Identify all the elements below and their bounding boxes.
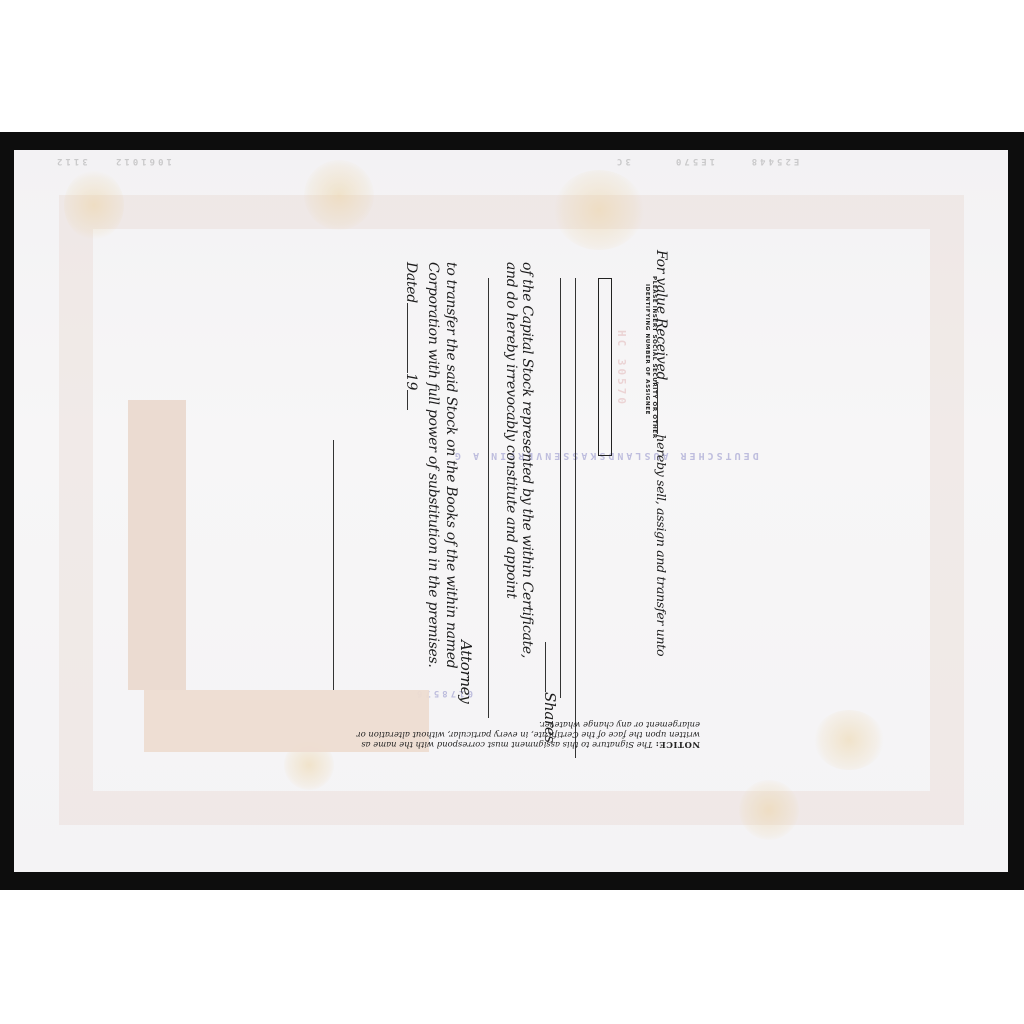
ssn-label: PLEASE INSERT SOCIAL SECURITY OR OTHER I… [643,276,657,439]
edge-code: 1061012 3112 [54,156,172,166]
edge-code: E25448 1E570 3C [614,156,799,166]
assignee-address-line[interactable] [560,278,561,698]
notice-text: NOTICE: The Signature to this assignment… [340,720,700,750]
appoint-line: and do hereby irrevocably constitute and… [503,262,519,598]
ssn-input-box[interactable] [598,278,612,456]
transfer-line: to transfer the said Stock on the Books … [443,262,459,668]
corporation-line: Corporation with full power of substitut… [425,262,441,668]
bleed-through-serial: HC 30570 [615,330,628,407]
certificate-reverse: 1061012 3112 E25448 1E570 3C DEUTSCHER A… [14,150,1008,872]
assignee-name-line[interactable] [575,278,576,758]
tape-residue-vertical [128,400,186,690]
capital-stock-line: of the Capital Stock represented by the … [519,262,535,658]
age-stain [554,170,644,250]
age-stain [739,780,799,840]
signature-line[interactable] [333,440,334,690]
age-stain [304,160,374,230]
attorney-name-line[interactable] [488,278,489,718]
age-stain [64,170,124,240]
attorney-label: Attorney [457,640,475,703]
dated-line: Dated19 [403,262,419,410]
age-stain [814,710,884,770]
